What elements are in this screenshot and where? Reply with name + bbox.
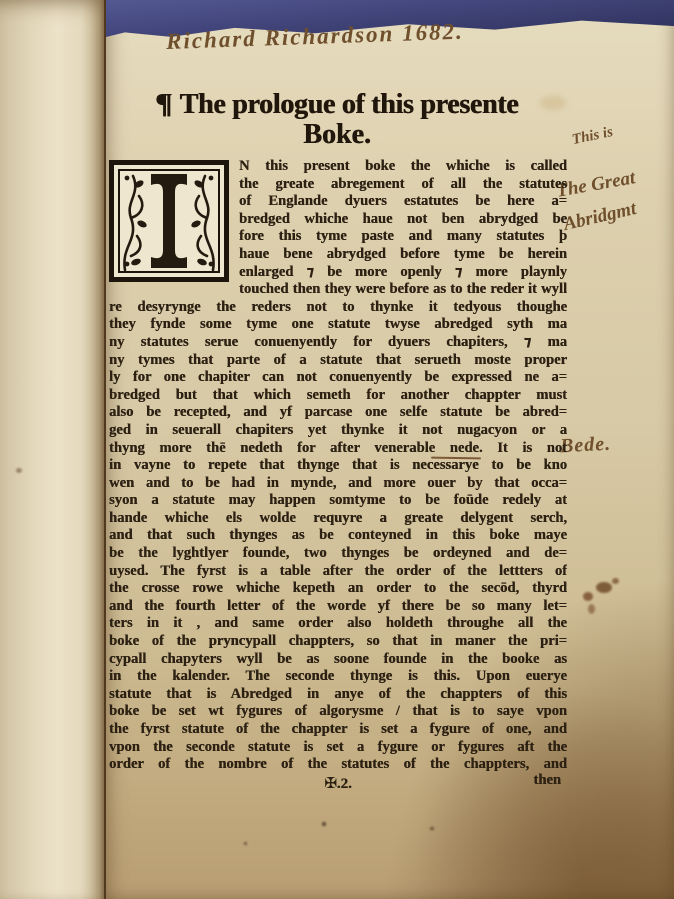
text-line: vpon the seconde statute is set a fygure… bbox=[109, 739, 567, 757]
paper-discoloration bbox=[540, 96, 566, 110]
margin-note-the-great: The Great bbox=[555, 167, 637, 203]
text-line: re desyrynge the reders not to thynke it… bbox=[109, 299, 567, 317]
speck bbox=[322, 822, 326, 826]
text-line: ged in seuerall chapiters yet thynke it … bbox=[109, 422, 567, 440]
text-line: cypall chapyters wyll be as soone founde… bbox=[109, 651, 567, 669]
text-line: in vayne to repete that thynge that is n… bbox=[109, 457, 567, 475]
text-line: touched then they were before as to the … bbox=[239, 281, 567, 299]
text-line: in the kalender. The seconde thynge is t… bbox=[109, 668, 567, 686]
text-line: and the fourth letter of the worde yf th… bbox=[109, 598, 567, 616]
text-line: and that such thynges as be conteyned in… bbox=[109, 527, 567, 545]
text-line: N this present boke the whiche is called bbox=[239, 158, 567, 176]
text-line: they fynde some tyme one statute twyse a… bbox=[109, 316, 567, 334]
text-line: haue bene abrydged before tyme be herein bbox=[239, 246, 567, 264]
owner-inscription: Richard Richardson 1682. bbox=[166, 15, 567, 55]
title-text: The prologue of this presente bbox=[180, 89, 519, 120]
speck bbox=[244, 842, 247, 845]
prologue-text: N this present boke the whiche is called… bbox=[109, 158, 567, 796]
signature-mark: ✠.2. bbox=[109, 776, 567, 794]
page-footer: ✠.2. then bbox=[109, 776, 567, 796]
book-photo: Richard Richardson 1682. ¶The prologue o… bbox=[0, 0, 674, 899]
text-line: hande whiche els wolde requyre a greate … bbox=[109, 510, 567, 528]
text-line: statute that is Abredged in anye of the … bbox=[109, 686, 567, 704]
page-title: ¶The prologue of this presente Boke. bbox=[108, 90, 566, 149]
text-line: the greate abregement of all the statute… bbox=[239, 176, 567, 194]
margin-note-abridgment: Abridgmt bbox=[561, 198, 638, 236]
ink-stain bbox=[596, 582, 612, 593]
text-line: of Englande dyuers estatutes be here a= bbox=[239, 193, 567, 211]
speck bbox=[430, 827, 434, 830]
title-line-1: ¶The prologue of this presente bbox=[108, 90, 566, 120]
text-line: the fyrst statute of the chappter is set… bbox=[109, 721, 567, 739]
text-line: wen and to be had in mynde, and more oue… bbox=[109, 475, 567, 493]
ink-stain bbox=[588, 604, 595, 614]
title-line-2: Boke. bbox=[108, 120, 566, 150]
text-line: boke of the pryncypall chappters, so tha… bbox=[109, 633, 567, 651]
text-line: boke be set wt fygures of algorysme / th… bbox=[109, 703, 567, 721]
speck bbox=[16, 468, 22, 473]
woodcut-initial-I bbox=[109, 160, 229, 282]
page-content: Richard Richardson 1682. ¶The prologue o… bbox=[0, 0, 674, 899]
text-line: fore this tyme paste and many statutes þ bbox=[239, 228, 567, 246]
pilcrow-mark: ¶ bbox=[155, 90, 172, 120]
text-line: bredged whiche haue not ben abrydged be bbox=[239, 211, 567, 229]
text-line: thyng more thē nedeth for after venerabl… bbox=[109, 440, 567, 458]
text-line: enlarged ⁊ be more openly ⁊ more playnly bbox=[239, 264, 567, 282]
text-line: also be recepted, and yf parcase one sel… bbox=[109, 404, 567, 422]
text-line: ny tymes that parte of a statute that se… bbox=[109, 352, 567, 370]
text-line: the crosse rowe whiche kepeth an order t… bbox=[109, 580, 567, 598]
text-line: ly for one chapiter can not conuenyently… bbox=[109, 369, 567, 387]
ink-stain bbox=[583, 592, 593, 601]
text-line: order of the nombre of the statutes of t… bbox=[109, 756, 567, 774]
margin-note-bede: Bede. bbox=[559, 433, 611, 459]
text-line: bredged but that which semeth for anothe… bbox=[109, 387, 567, 405]
text-line: ny statutes serue conuenyently for dyuer… bbox=[109, 334, 567, 352]
text-line: be the lyghtlyer founde, two thynges be … bbox=[109, 545, 567, 563]
ink-stain bbox=[612, 578, 619, 584]
text-line: ters in it , and same order also holdeth… bbox=[109, 615, 567, 633]
catchword: then bbox=[533, 772, 561, 790]
text-line: uysed. The fyrst is a table after the or… bbox=[109, 563, 567, 581]
text-line: syon a statute may happen somtyme to be … bbox=[109, 492, 567, 510]
margin-note-this-is: This is bbox=[571, 124, 615, 149]
